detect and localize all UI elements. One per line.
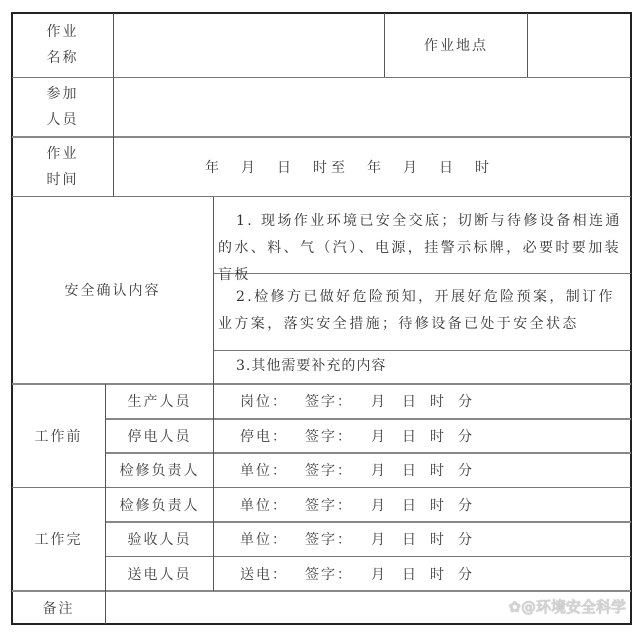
job-name-label: 作业 名称	[12, 13, 113, 77]
sign-label: 签字：	[305, 495, 371, 515]
label-line: 作业	[47, 19, 79, 45]
minute-label: 分	[458, 495, 474, 515]
day-label: 日	[402, 391, 430, 411]
job-name-field[interactable]	[114, 13, 384, 77]
role-maintenance-lead: 检修负责人	[106, 453, 213, 487]
field-label: 单位：	[240, 460, 305, 480]
sign-label: 签字：	[305, 460, 371, 480]
day-label: 日	[402, 495, 430, 515]
divider	[213, 350, 631, 351]
role-production-staff: 生产人员	[106, 384, 213, 418]
day-label: 日	[402, 564, 430, 584]
role-maintenance-lead: 检修负责人	[106, 488, 213, 521]
watermark-text: @环境安全科学	[521, 598, 626, 616]
month-label: 月	[371, 529, 402, 549]
signature-row[interactable]: 送电： 签字： 月 日 时 分	[240, 557, 474, 590]
role-power-on-staff: 送电人员	[106, 557, 213, 590]
month-label: 月	[371, 426, 402, 446]
signature-row[interactable]: 单位： 签字： 月 日 时 分	[240, 453, 474, 487]
field-label: 单位：	[240, 529, 305, 549]
minute-label: 分	[458, 564, 474, 584]
label-line: 作业	[47, 141, 79, 167]
hour-label: 时	[430, 495, 458, 515]
section-after-work: 工作完	[12, 488, 105, 590]
minute-label: 分	[458, 391, 474, 411]
day-label: 日	[402, 460, 430, 480]
day-label: 日	[402, 426, 430, 446]
sign-label: 签字：	[305, 564, 371, 584]
safety-content-label: 安全确认内容	[12, 197, 213, 383]
label-line: 参加	[47, 81, 79, 107]
label-line: 时间	[47, 167, 79, 193]
divider	[213, 197, 214, 591]
day-label: 日	[402, 529, 430, 549]
signature-row[interactable]: 停电： 签字： 月 日 时 分	[240, 419, 474, 453]
role-acceptance-staff: 验收人员	[106, 522, 213, 556]
signature-row[interactable]: 单位： 签字： 月 日 时 分	[240, 488, 474, 521]
sign-label: 签字：	[305, 529, 371, 549]
safety-item-3[interactable]: 3.其他需要补充的内容	[218, 353, 628, 380]
minute-label: 分	[458, 529, 474, 549]
safety-item-2: 2.检修方已做好危险预知，开展好危险预案，制订作业方案，落实安全措施；待修设备已…	[218, 284, 628, 338]
watermark: ✿@环境安全科学	[508, 596, 626, 617]
job-location-field[interactable]	[528, 13, 630, 77]
remarks-label: 备注	[12, 591, 105, 624]
month-label: 月	[371, 391, 402, 411]
hour-label: 时	[430, 460, 458, 480]
month-label: 月	[371, 495, 402, 515]
hour-label: 时	[430, 391, 458, 411]
job-time-label: 作业 时间	[12, 138, 113, 196]
minute-label: 分	[458, 460, 474, 480]
field-label: 单位：	[240, 495, 305, 515]
label-line: 名称	[47, 45, 79, 71]
minute-label: 分	[458, 426, 474, 446]
role-power-off-staff: 停电人员	[106, 419, 213, 453]
signature-row[interactable]: 岗位： 签字： 月 日 时 分	[240, 384, 474, 418]
field-label: 送电：	[240, 564, 305, 584]
label-line: 人员	[47, 107, 79, 133]
month-label: 月	[371, 460, 402, 480]
participants-label: 参加 人员	[12, 78, 113, 136]
hour-label: 时	[430, 426, 458, 446]
signature-row[interactable]: 单位： 签字： 月 日 时 分	[240, 522, 474, 556]
month-label: 月	[371, 564, 402, 584]
hour-label: 时	[430, 529, 458, 549]
safety-item-1: 1. 现场作业环境已安全交底；切断与待修设备相连通的水、料、气（汽）、电源，挂警…	[218, 208, 628, 289]
hour-label: 时	[430, 564, 458, 584]
sign-label: 签字：	[305, 391, 371, 411]
job-time-field[interactable]: 年 月 日 时至 年 月 日 时	[114, 138, 584, 196]
paw-icon: ✿	[508, 598, 521, 616]
field-label: 停电：	[240, 426, 305, 446]
participants-field[interactable]	[114, 78, 630, 136]
field-label: 岗位：	[240, 391, 305, 411]
job-location-label: 作业地点	[385, 13, 527, 77]
sign-label: 签字：	[305, 426, 371, 446]
section-before-work: 工作前	[12, 384, 105, 487]
